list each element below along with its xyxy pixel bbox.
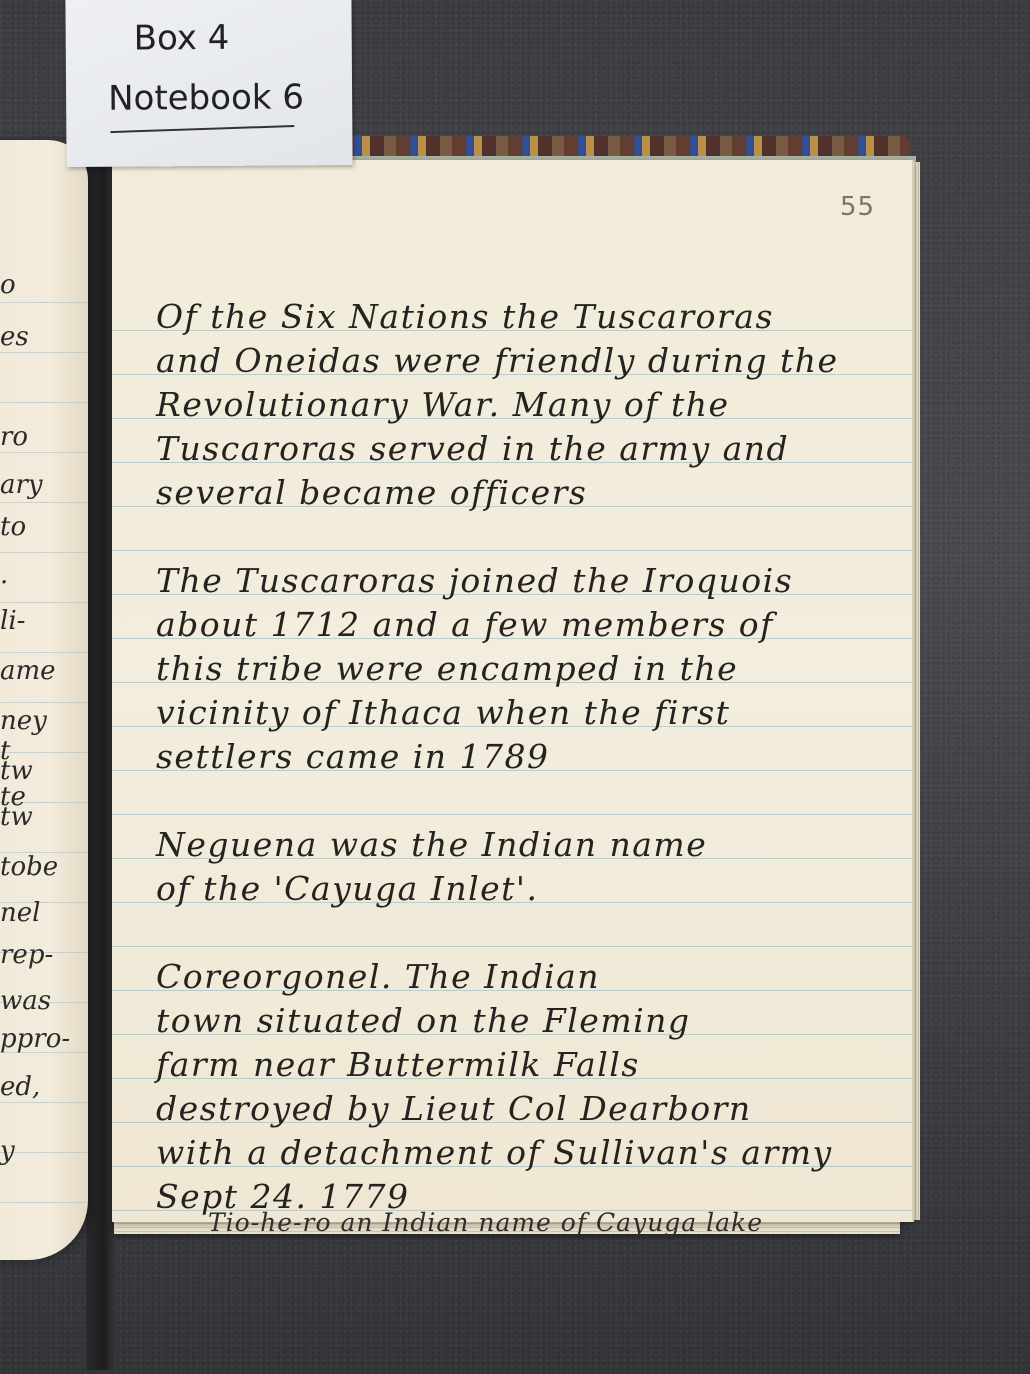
left-page-fragment: tobe: [0, 852, 58, 882]
handwritten-line: Of the Six Nations the Tuscaroras: [156, 300, 774, 333]
left-page-fragment: was: [0, 986, 51, 1016]
handwritten-line: several became officers: [156, 476, 587, 509]
handwritten-line: destroyed by Lieut Col Dearborn: [156, 1092, 752, 1125]
left-page-fragment: o: [0, 270, 16, 300]
left-page-fragment: to: [0, 512, 26, 542]
notebook-label: Notebook 6: [108, 77, 304, 118]
handwritten-line: Tuscaroras served in the army and: [156, 432, 789, 465]
handwritten-line: Neguena was the Indian name: [156, 828, 707, 861]
handwritten-line: town situated on the Fleming: [156, 1004, 691, 1037]
rule-line: [0, 452, 88, 453]
box-label: Box 4: [134, 18, 230, 59]
rule-line: [0, 602, 88, 603]
left-page-fragment: y: [0, 1136, 15, 1166]
archive-label-card: Box 4 Notebook 6: [65, 0, 352, 167]
left-page-fragment: rep-: [0, 940, 53, 970]
page-number: 55: [840, 192, 875, 222]
left-page-fragment: nel: [0, 898, 40, 928]
rule-line: [112, 550, 912, 551]
left-page-fragment: es: [0, 322, 29, 352]
handwritten-line: farm near Buttermilk Falls: [156, 1048, 640, 1081]
left-page-fragment: .: [0, 560, 8, 590]
left-page-fragment: ro: [0, 422, 28, 452]
rule-line: [0, 702, 88, 703]
handwritten-line: settlers came in 1789: [156, 740, 550, 773]
rule-line: [112, 814, 912, 815]
rule-line: [0, 402, 88, 403]
rule-line: [0, 752, 88, 753]
rule-line: [0, 352, 88, 353]
left-page-fragment: tw: [0, 802, 33, 832]
rule-line: [0, 502, 88, 503]
left-page-fragment: ame: [0, 656, 56, 686]
rule-line: [0, 1102, 88, 1103]
handwritten-line: about 1712 and a few members of: [156, 608, 774, 641]
left-page-fragment: ed,: [0, 1072, 40, 1102]
left-page: o es ro ary to . li- ame ney t tw te tw …: [0, 140, 88, 1260]
handwritten-line: Coreorgonel. The Indian: [156, 960, 600, 993]
handwritten-line: this tribe were encamped in the: [156, 652, 738, 685]
handwritten-line: vicinity of Ithaca when the first: [156, 696, 730, 729]
notebook-page: 55 Of the Six Nations the Tuscaroras and…: [112, 160, 914, 1222]
rule-line: [0, 1202, 88, 1203]
handwritten-line: with a detachment of Sullivan's army: [156, 1136, 833, 1169]
left-page-fragment: li-: [0, 606, 25, 636]
label-underline: [110, 125, 294, 133]
handwritten-line: of the 'Cayuga Inlet'.: [156, 872, 538, 905]
rule-line: [112, 946, 912, 947]
left-page-fragment: ney: [0, 706, 47, 736]
rule-line: [0, 652, 88, 653]
handwritten-footnote: Tio-he-ro an Indian name of Cayuga lake: [208, 1210, 763, 1235]
rule-line: [0, 552, 88, 553]
handwritten-line: Revolutionary War. Many of the: [156, 388, 730, 421]
left-page-fragment: ppro-: [0, 1024, 70, 1054]
left-page-fragment: ary: [0, 470, 43, 500]
rule-line: [0, 302, 88, 303]
handwritten-line: and Oneidas were friendly during the: [156, 344, 838, 377]
handwritten-line: The Tuscaroras joined the Iroquois: [156, 564, 793, 597]
